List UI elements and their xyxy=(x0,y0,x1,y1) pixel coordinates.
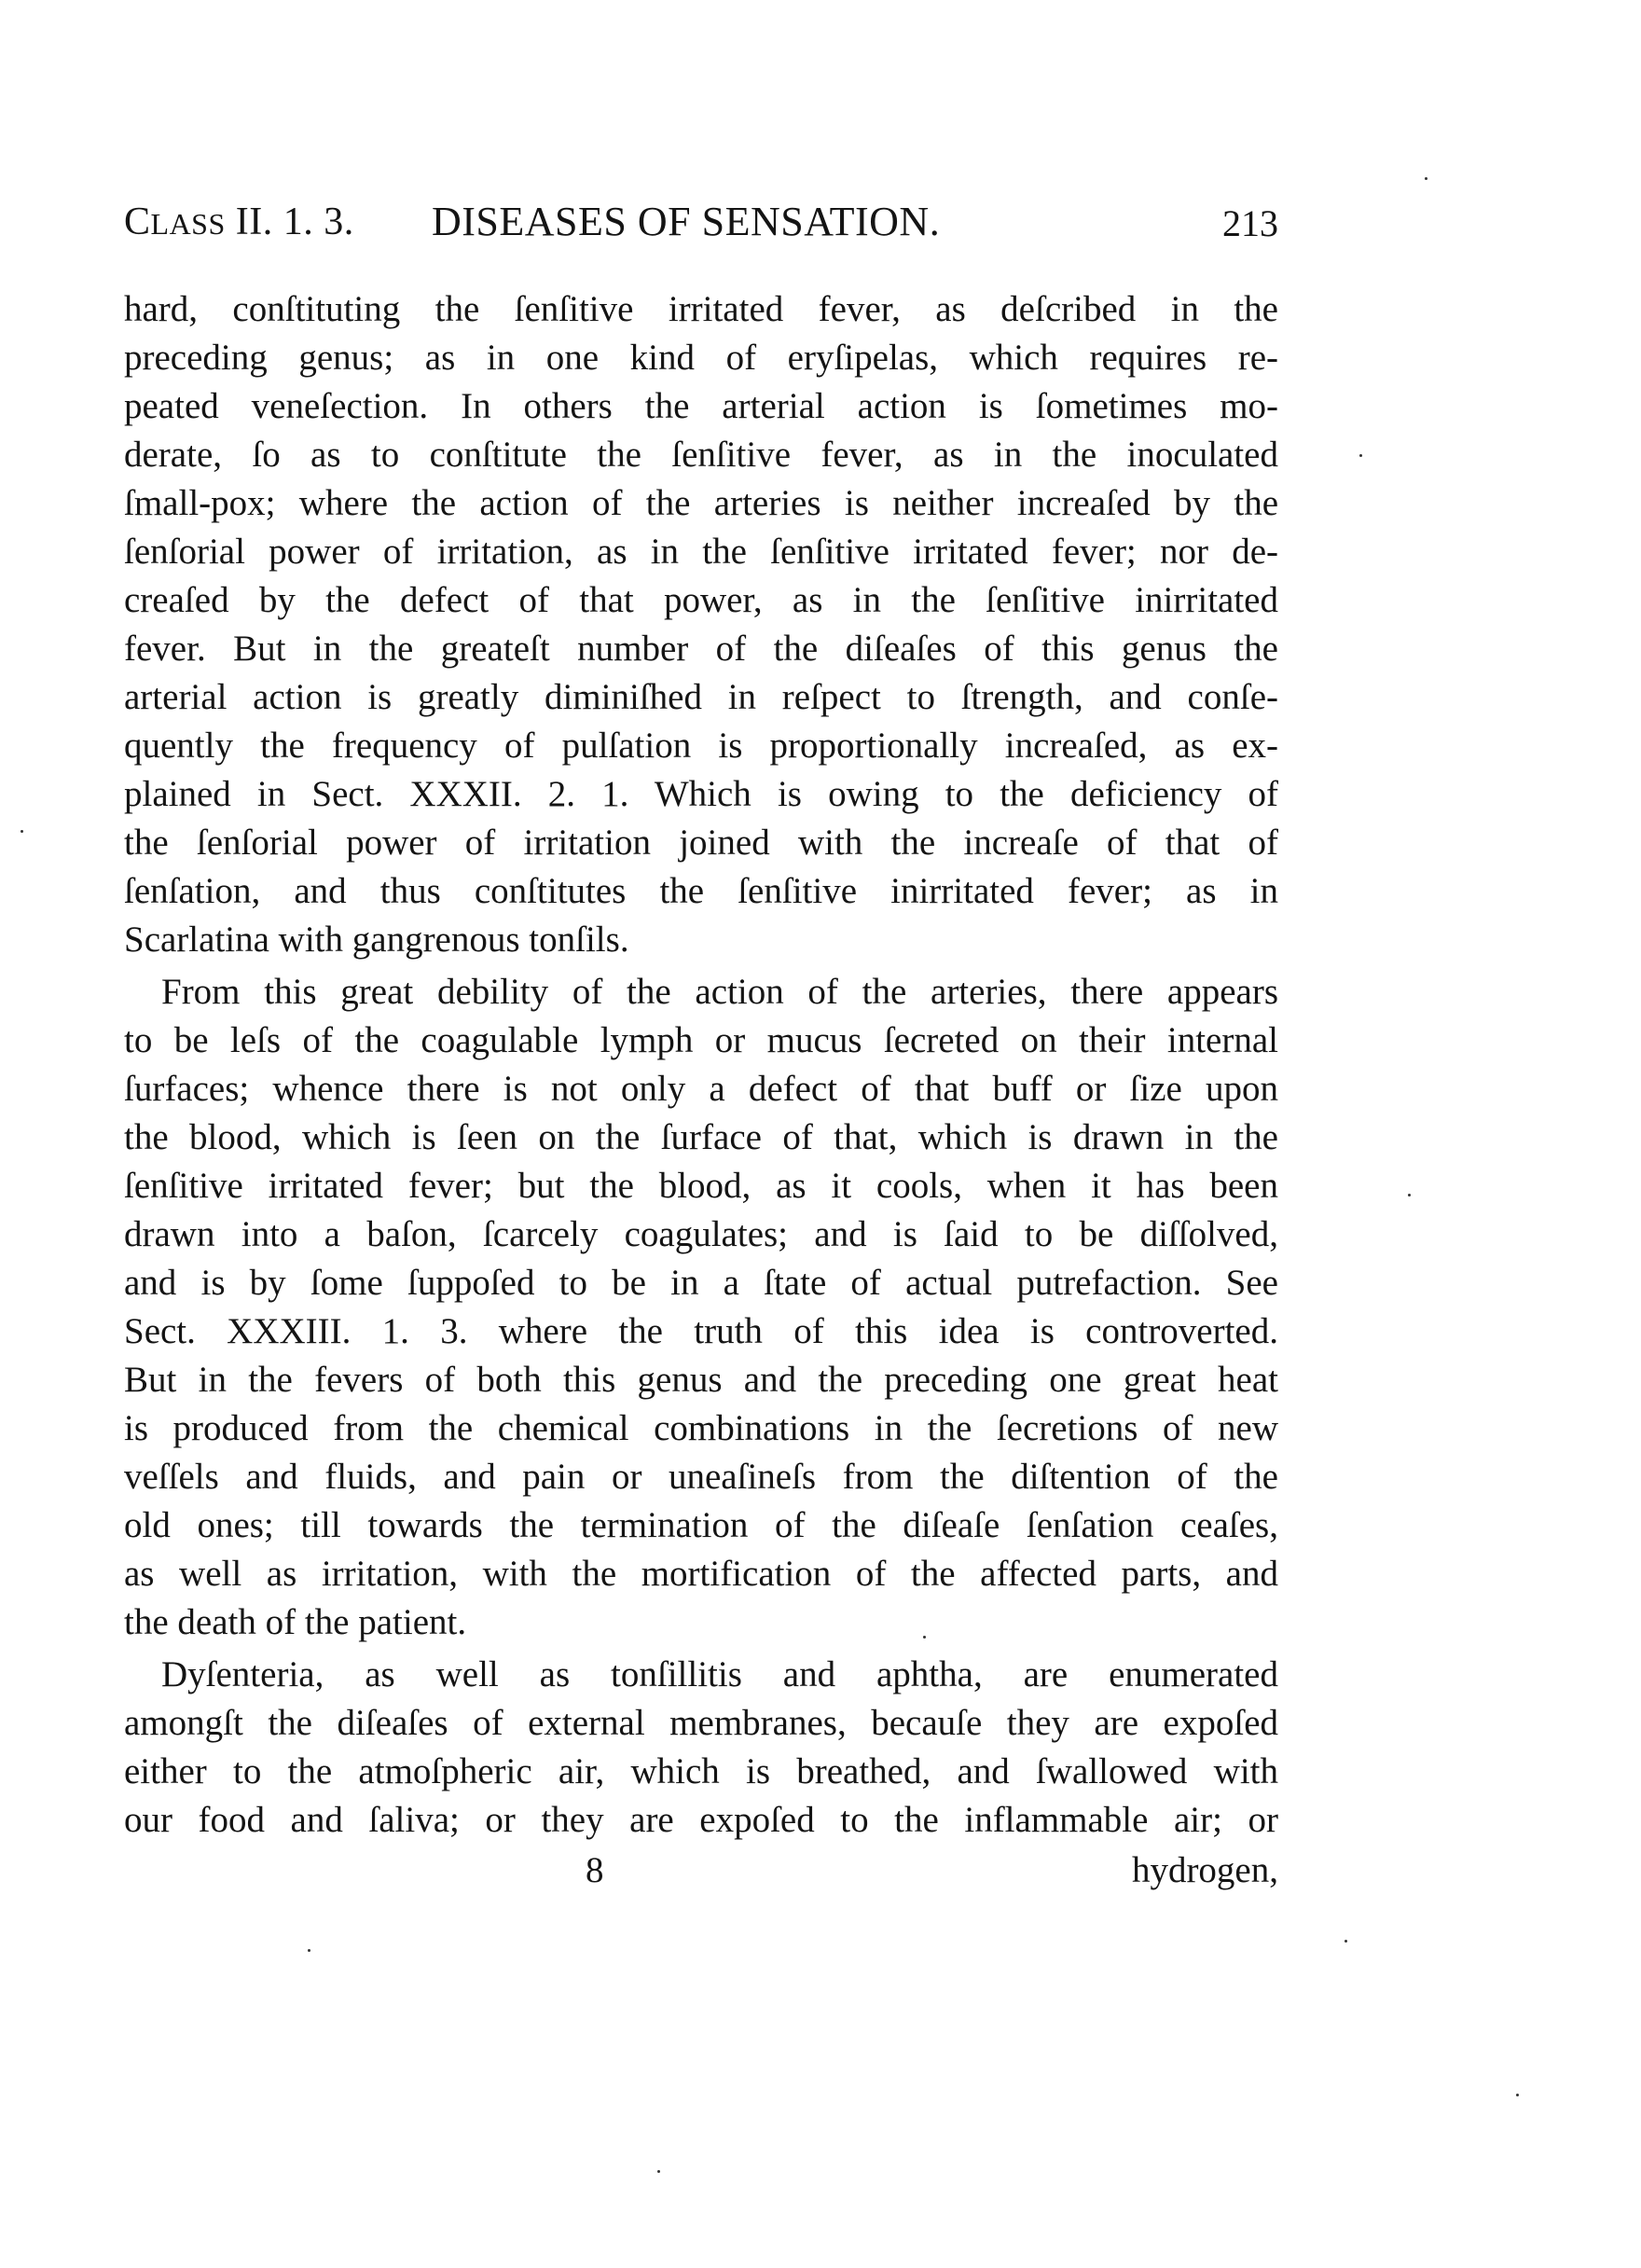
text-line-content: Dyſenteria, as well as tonſillitis and a… xyxy=(161,1651,1278,1699)
text-line: our food and ſaliva; or they are expoſed… xyxy=(124,1796,1278,1845)
text-line-content: the blood, which is ſeen on the ſurface … xyxy=(124,1113,1278,1162)
text-line-content: hard, conſtituting the ſenſitive irritat… xyxy=(124,285,1278,334)
scan-speck xyxy=(1425,177,1427,180)
catchword: hydrogen, xyxy=(1132,1846,1278,1895)
text-line-content: to be leſs of the coagulable lymph or mu… xyxy=(124,1016,1278,1065)
text-line-content: Scarlatina with gangrenous tonſils. xyxy=(124,916,1278,964)
text-line: ſenſitive irritated fever; but the blood… xyxy=(124,1162,1278,1210)
text-line: Dyſenteria, as well as tonſillitis and a… xyxy=(124,1651,1278,1699)
text-line: old ones; till towards the termination o… xyxy=(124,1501,1278,1550)
text-line-content: old ones; till towards the termination o… xyxy=(124,1501,1278,1550)
text-line: arterial action is greatly diminiſhed in… xyxy=(124,673,1278,722)
text-line-content: creaſed by the defect of that power, as … xyxy=(124,576,1278,625)
class-label-smallcaps: LASS xyxy=(151,207,226,241)
class-label: CLASS II. 1. 3. xyxy=(124,196,354,250)
text-line: From this great debility of the action o… xyxy=(124,968,1278,1016)
scan-speck xyxy=(923,1636,926,1639)
text-line-content: the ſenſorial power of irritation joined… xyxy=(124,819,1278,867)
text-line: ſurfaces; whence there is not only a def… xyxy=(124,1065,1278,1113)
running-head: CLASS II. 1. 3. DISEASES OF SENSATION. 2… xyxy=(124,196,1278,248)
text-line: either to the atmoſpheric air, which is … xyxy=(124,1748,1278,1796)
text-line: as well as irritation, with the mortific… xyxy=(124,1550,1278,1598)
book-page: CLASS II. 1. 3. DISEASES OF SENSATION. 2… xyxy=(0,0,1641,2268)
text-line: the blood, which is ſeen on the ſurface … xyxy=(124,1113,1278,1162)
text-line-content: preceding genus; as in one kind of eryſi… xyxy=(124,334,1278,382)
text-line-content: ſmall-pox; where the action of the arter… xyxy=(124,479,1278,528)
scan-speck xyxy=(1516,2094,1519,2096)
text-line: ſmall-pox; where the action of the arter… xyxy=(124,479,1278,528)
text-line-content: as well as irritation, with the mortific… xyxy=(124,1550,1278,1598)
text-line: derate, ſo as to conſtitute the ſenſitiv… xyxy=(124,431,1278,479)
text-line-content: ſenſorial power of irritation, as in the… xyxy=(124,528,1278,576)
text-line: is produced from the chemical combinatio… xyxy=(124,1404,1278,1453)
text-line-content: ſurfaces; whence there is not only a def… xyxy=(124,1065,1278,1113)
scan-speck xyxy=(308,1949,310,1952)
text-line-content: veſſels and fluids, and pain or uneaſine… xyxy=(124,1453,1278,1501)
text-line: preceding genus; as in one kind of eryſi… xyxy=(124,334,1278,382)
text-line: and is by ſome ſuppoſed to be in a ſtate… xyxy=(124,1259,1278,1307)
text-line: ſenſation, and thus conſtitutes the ſenſ… xyxy=(124,867,1278,916)
text-line: fever. But in the greateſt number of the… xyxy=(124,625,1278,673)
text-line-content: arterial action is greatly diminiſhed in… xyxy=(124,673,1278,722)
scan-speck xyxy=(1359,454,1362,457)
text-line-content: our food and ſaliva; or they are expoſed… xyxy=(124,1796,1278,1845)
text-line: amongſt the diſeaſes of external membran… xyxy=(124,1699,1278,1748)
text-line: peated veneſection. In others the arteri… xyxy=(124,382,1278,431)
scan-speck xyxy=(21,830,23,833)
text-line: ſenſorial power of irritation, as in the… xyxy=(124,528,1278,576)
text-line-content: is produced from the chemical combinatio… xyxy=(124,1404,1278,1453)
text-line: creaſed by the defect of that power, as … xyxy=(124,576,1278,625)
text-line-content: Sect. XXXIII. 1. 3. where the truth of t… xyxy=(124,1307,1278,1356)
text-line-content: derate, ſo as to conſtitute the ſenſitiv… xyxy=(124,431,1278,479)
text-line-content: peated veneſection. In others the arteri… xyxy=(124,382,1278,431)
text-line-content: either to the atmoſpheric air, which is … xyxy=(124,1748,1278,1796)
signature-mark: 8 xyxy=(586,1846,604,1895)
text-line: veſſels and fluids, and pain or uneaſine… xyxy=(124,1453,1278,1501)
text-line-content: fever. But in the greateſt number of the… xyxy=(124,625,1278,673)
text-line: But in the fevers of both this genus and… xyxy=(124,1356,1278,1404)
class-label-initial: C xyxy=(124,201,151,243)
text-line-content: amongſt the diſeaſes of external membran… xyxy=(124,1699,1278,1748)
text-line: Scarlatina with gangrenous tonſils. xyxy=(124,916,1278,964)
text-line-content: ſenſitive irritated fever; but the blood… xyxy=(124,1162,1278,1210)
text-line-content: the death of the patient. xyxy=(124,1598,1278,1647)
text-line-content: ſenſation, and thus conſtitutes the ſenſ… xyxy=(124,867,1278,916)
scan-speck xyxy=(1408,1194,1411,1196)
class-number: II. 1. 3. xyxy=(236,201,354,243)
scan-speck xyxy=(1345,1940,1347,1943)
text-line-content: But in the fevers of both this genus and… xyxy=(124,1356,1278,1404)
text-line: drawn into a baſon, ſcarcely coagulates;… xyxy=(124,1210,1278,1259)
chapter-title: DISEASES OF SENSATION. xyxy=(432,196,940,248)
text-line-content: From this great debility of the action o… xyxy=(161,968,1278,1016)
text-line: quently the frequency of pulſation is pr… xyxy=(124,722,1278,770)
text-line-content: plained in Sect. XXXII. 2. 1. Which is o… xyxy=(124,770,1278,819)
text-line: plained in Sect. XXXII. 2. 1. Which is o… xyxy=(124,770,1278,819)
scan-speck xyxy=(657,2170,660,2173)
text-line: Sect. XXXIII. 1. 3. where the truth of t… xyxy=(124,1307,1278,1356)
text-line: hard, conſtituting the ſenſitive irritat… xyxy=(124,285,1278,334)
text-line: the death of the patient. xyxy=(124,1598,1278,1647)
text-line: the ſenſorial power of irritation joined… xyxy=(124,819,1278,867)
text-line-content: drawn into a baſon, ſcarcely coagulates;… xyxy=(124,1210,1278,1259)
text-line-content: and is by ſome ſuppoſed to be in a ſtate… xyxy=(124,1259,1278,1307)
page-number: 213 xyxy=(1222,198,1278,250)
footer-line: 8 hydrogen, xyxy=(124,1846,1278,1895)
text-line-content: quently the frequency of pulſation is pr… xyxy=(124,722,1278,770)
text-line: to be leſs of the coagulable lymph or mu… xyxy=(124,1016,1278,1065)
